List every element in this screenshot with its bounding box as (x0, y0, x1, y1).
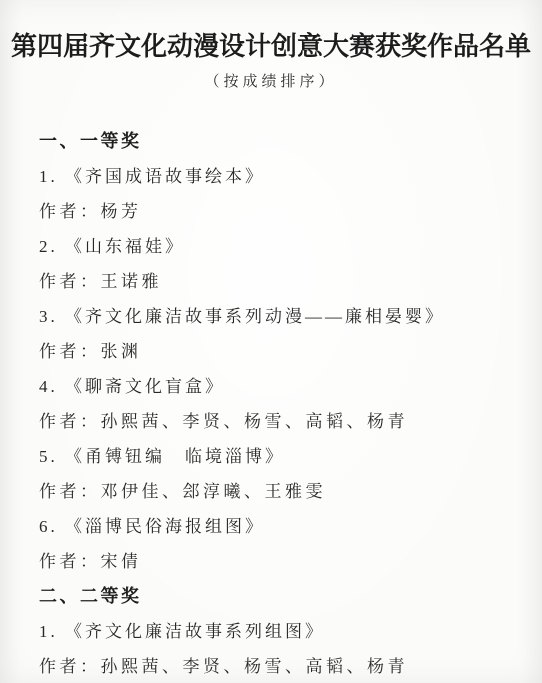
author-line: 作者：王诺雅 (39, 264, 528, 299)
work-title-line: 5. 《甬镈钮编 临境淄博》 (39, 439, 528, 474)
work-title-line: 6. 《淄博民俗海报组图》 (39, 509, 528, 544)
author-line: 作者：邓伊佳、郐淳曦、王雅雯 (39, 474, 528, 509)
author-line: 作者：杨芳 (39, 194, 528, 229)
section-heading-second-prize: 二、二等奖 (39, 579, 528, 614)
work-title-line: 3. 《齐文化廉洁故事系列动漫——廉相晏婴》 (39, 299, 528, 334)
work-title-line: 2. 《山东福娃》 (39, 229, 528, 264)
document-page: 第四届齐文化动漫设计创意大赛获奖作品名单 （按成绩排序） 一、一等奖 1. 《齐… (0, 0, 542, 683)
document-subtitle: （按成绩排序） (0, 70, 542, 91)
author-line: 作者：孙熙茜、李贤、杨雪、高韬、杨青 (39, 649, 528, 683)
document-body: 一、一等奖 1. 《齐国成语故事绘本》 作者：杨芳 2. 《山东福娃》 作者：王… (39, 124, 528, 683)
author-line: 作者：宋倩 (39, 544, 528, 579)
work-title-line: 4. 《聊斋文化盲盒》 (39, 369, 528, 404)
document-title: 第四届齐文化动漫设计创意大赛获奖作品名单 (0, 26, 542, 63)
section-heading-first-prize: 一、一等奖 (39, 124, 528, 159)
author-line: 作者：孙熙茜、李贤、杨雪、高韬、杨青 (39, 404, 528, 439)
author-line: 作者：张渊 (39, 334, 528, 369)
work-title-line: 1. 《齐国成语故事绘本》 (39, 159, 528, 194)
work-title-line: 1. 《齐文化廉洁故事系列组图》 (39, 614, 528, 649)
